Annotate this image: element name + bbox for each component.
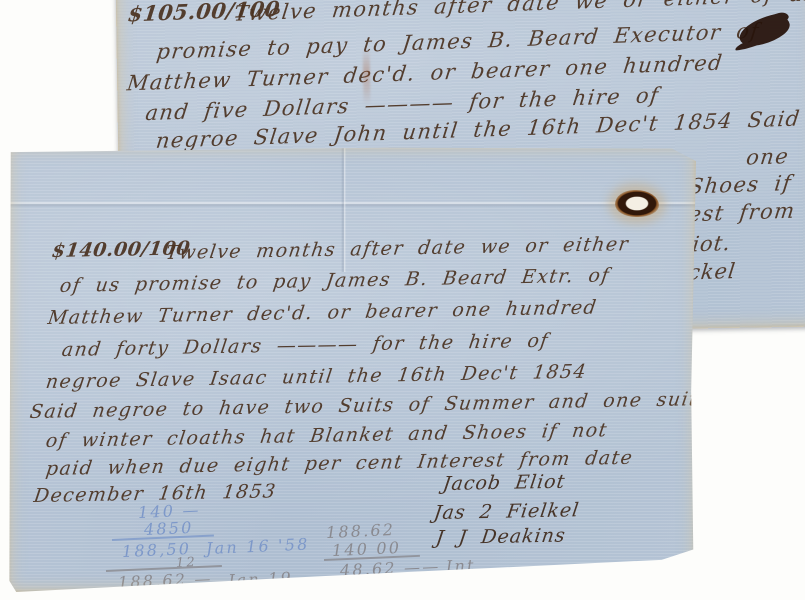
document-scan: $105.00/100 Twelve months after date we …	[0, 0, 805, 600]
note-105-fragment: Shoes if	[687, 171, 793, 199]
note-105-fragment: one	[745, 144, 791, 170]
pencil-figure: Int	[446, 556, 476, 576]
pencil-figure: 48.62 ——	[340, 557, 441, 580]
note-140-line: Said negroe to have two Suits of Summer …	[28, 388, 699, 423]
note-140-sheet: $140.00/100 Twelve months after date we …	[8, 145, 696, 592]
signature: J J Deakins	[434, 524, 567, 549]
note-140-line: of winter cloaths hat Blanket and Shoes …	[44, 419, 609, 452]
burn-hole	[615, 190, 659, 217]
note-105-fragment: ckel	[687, 259, 738, 285]
signature: Jas 2 Fielkel	[432, 499, 580, 524]
signature: Jacob Eliot	[441, 471, 566, 495]
note-140-line: Twelve months after date we or either	[164, 233, 630, 264]
note-140-line: of us promise to pay James B. Beard Extr…	[58, 264, 611, 297]
note-140-line: and forty Dollars ———— for the hire of	[60, 330, 550, 361]
pencil-figure: Jan 16 '58	[206, 534, 310, 557]
note-140-line: negroe Slave Isaac until the 16th Dec't …	[44, 361, 588, 393]
ink-blot	[736, 11, 793, 49]
pencil-figure: 188,62 —	[118, 569, 213, 592]
ink-smudge	[363, 48, 371, 106]
note-140-line: Matthew Turner dec'd. or bearer one hund…	[46, 296, 598, 329]
pencil-figure: Jan 19	[228, 568, 294, 590]
fold-crease	[8, 201, 696, 207]
